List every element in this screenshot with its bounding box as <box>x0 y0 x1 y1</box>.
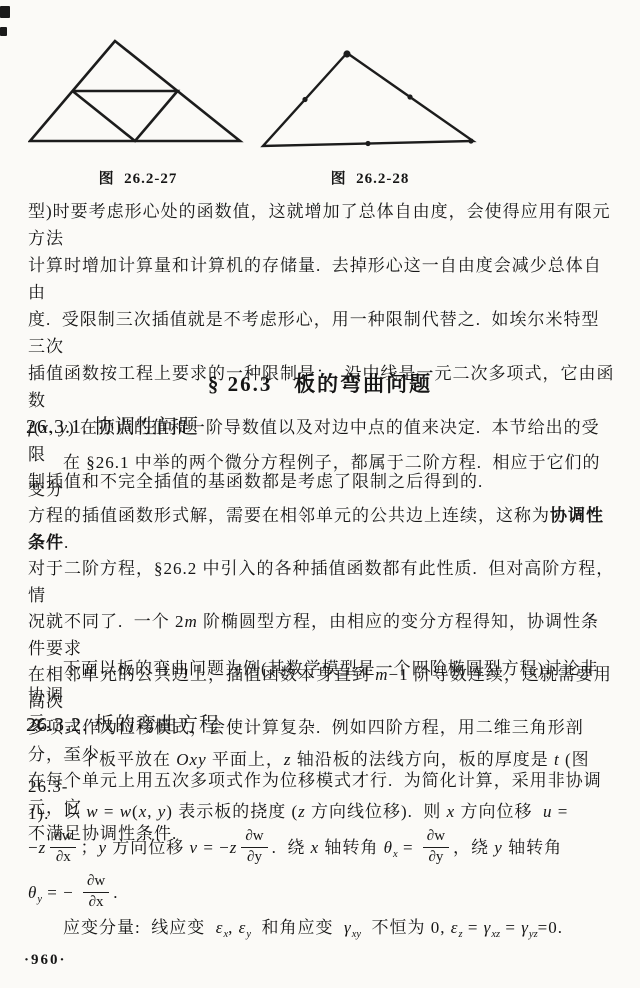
figure-caption: 图 26.2-28 <box>285 167 455 188</box>
scanned-book-page: 图 26.2-27 图 26.2-28 型)时要考虑形心处的函数值，这就增加了总… <box>0 0 640 988</box>
subsection-heading: 26.3.2. 板的弯曲方程 <box>26 708 220 737</box>
subsection-heading: 26.3.1. 协调性问题 <box>26 410 199 439</box>
subdivided-triangle-figure <box>28 38 244 146</box>
right-midpoint-node-dot <box>407 94 412 99</box>
apex-node-dot <box>343 50 350 57</box>
page-number: ·960· <box>24 952 67 969</box>
section-heading: § 26.3 板的弯曲问题 <box>0 368 640 398</box>
left-midpoint-node-dot <box>302 97 307 102</box>
formula-paragraph: 以 w = w(x, y) 表示板的挠度 (z 方向线位移). 则 x 方向位移… <box>28 798 616 915</box>
base-midpoint-node-dot <box>365 141 370 146</box>
print-speck <box>0 6 10 18</box>
paragraph: 应变分量: 线应变 εx, εy 和角应变 γxy 不恒为 0, εz = γx… <box>28 914 616 948</box>
corner-node-dot <box>468 138 473 143</box>
triangle-nodes-figure <box>258 48 480 152</box>
figure-caption: 图 26.2-27 <box>53 167 223 188</box>
figures-row: 图 26.2-27 图 26.2-28 <box>0 30 640 195</box>
